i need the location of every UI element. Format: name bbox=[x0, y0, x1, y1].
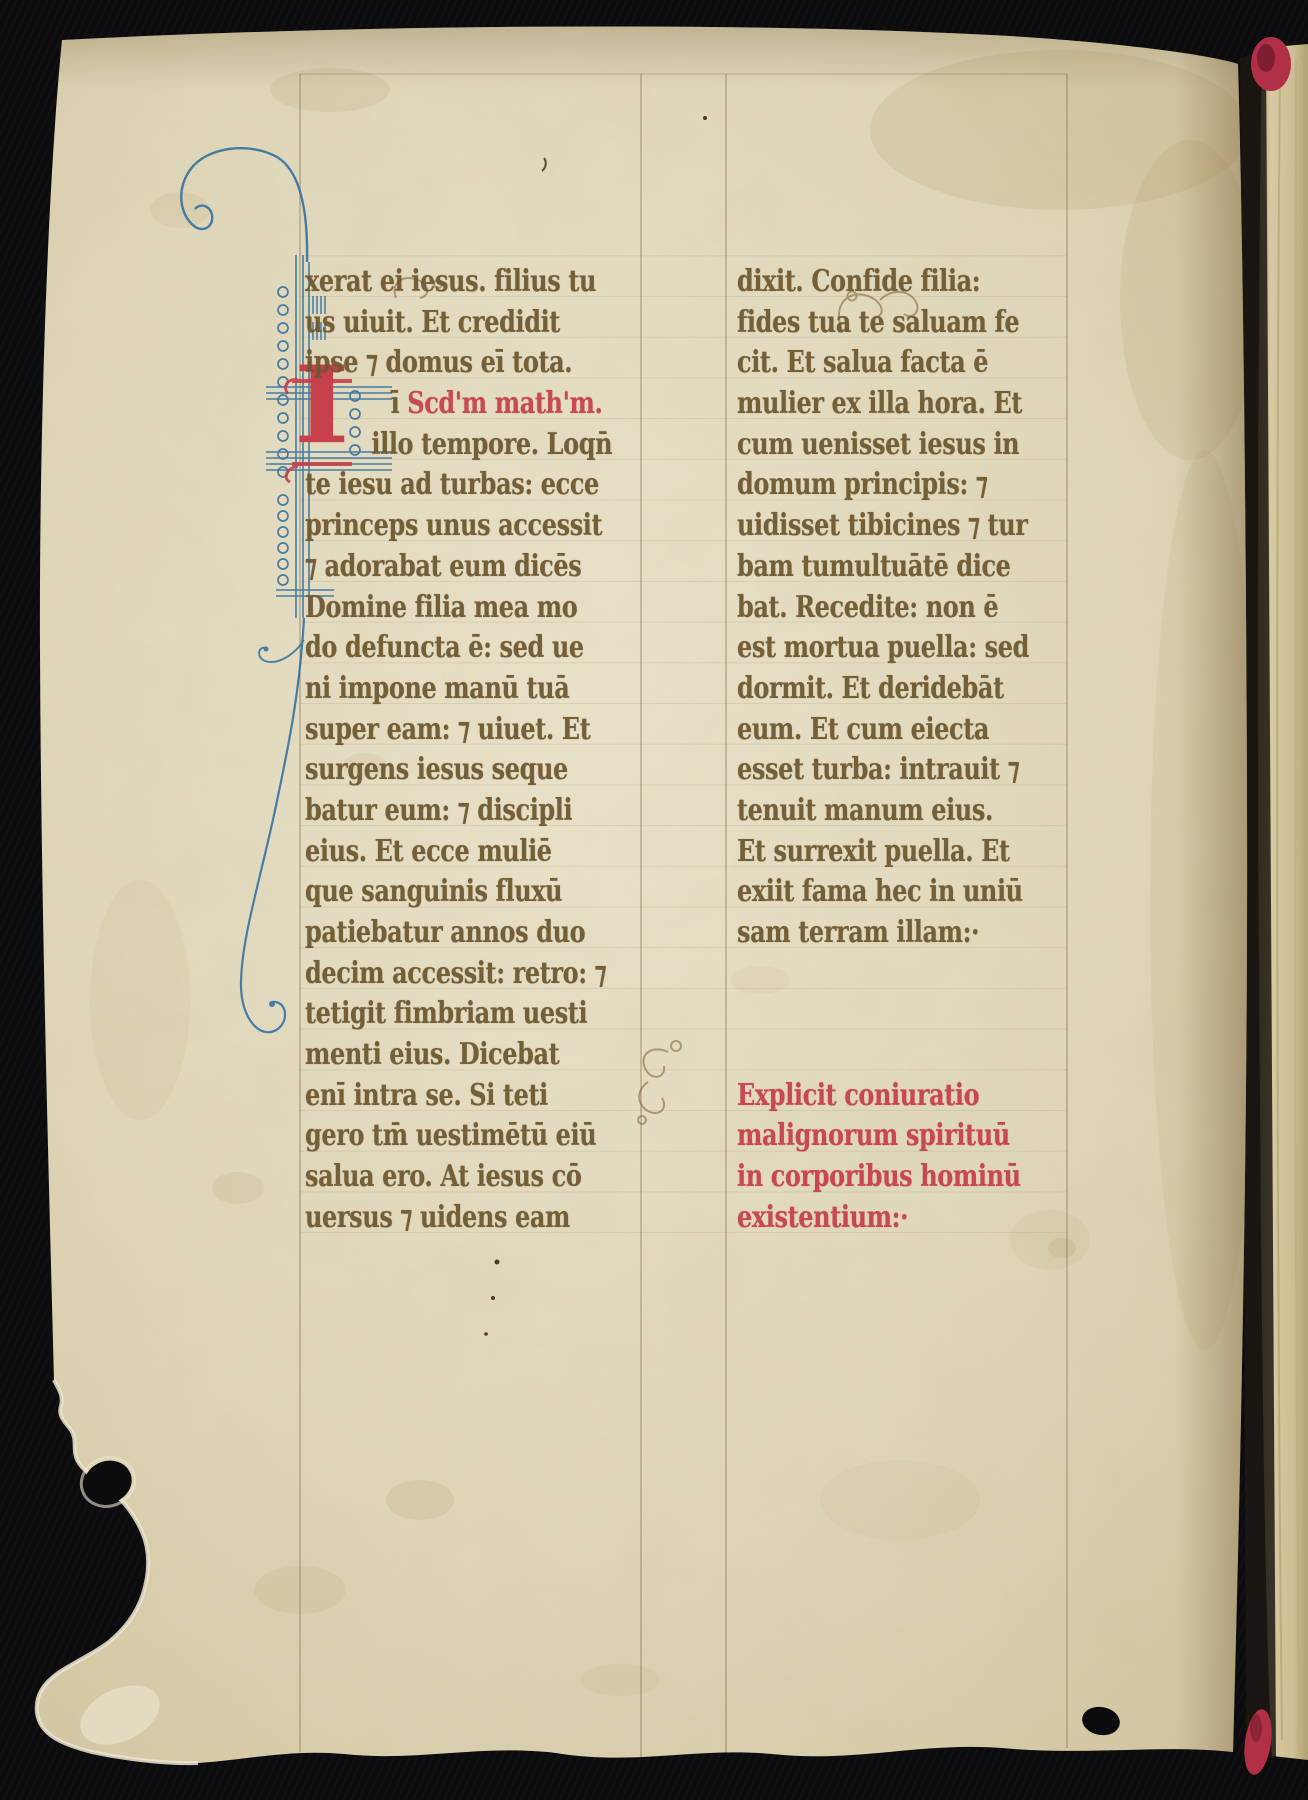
manuscript-line: us uiuit. Et credidit bbox=[305, 303, 612, 344]
body-text: ⁊ adorabat eum dicēs bbox=[305, 549, 581, 584]
manuscript-line: uersus ⁊ uidens eam bbox=[305, 1198, 612, 1239]
manuscript-line: menti eius. Dicebat bbox=[305, 1035, 612, 1076]
manuscript-line: xerat ei iesus. filius tu bbox=[305, 262, 612, 303]
manuscript-line: bam tumultuātē dice bbox=[737, 547, 1029, 588]
parchment-leaf bbox=[0, 0, 1308, 1800]
manuscript-line: dixit. Confide filia: bbox=[737, 262, 1029, 303]
body-text: super eam: ⁊ uiuet. Et bbox=[305, 712, 590, 747]
next-leaf-edge bbox=[1240, 44, 1308, 1760]
body-text: dixit. Confide filia: bbox=[737, 264, 980, 299]
manuscript-line: domum principis: ⁊ bbox=[737, 465, 1029, 506]
manuscript-line: malignorum spirituū bbox=[737, 1116, 1029, 1157]
rubric-text: Scd'm math'm. bbox=[407, 386, 602, 421]
body-text: eius. Et ecce muliē bbox=[305, 834, 552, 869]
rubric-text: in corporibus hominū bbox=[737, 1159, 1021, 1194]
body-text: cit. Et salua facta ē bbox=[737, 345, 988, 380]
manuscript-line: Et surrexit puella. Et bbox=[737, 832, 1029, 873]
manuscript-line: super eam: ⁊ uiuet. Et bbox=[305, 710, 612, 751]
body-text: do defuncta ē: sed ue bbox=[305, 630, 584, 665]
body-text: patiebatur annos duo bbox=[305, 915, 585, 950]
body-text: eum. Et cum eiecta bbox=[737, 712, 989, 747]
manuscript-line: ni impone manū tuā bbox=[305, 669, 612, 710]
body-text: salua ero. At iesus cō bbox=[305, 1159, 581, 1194]
manuscript-line: gero tm̄ uestimētū eiū bbox=[305, 1116, 612, 1157]
body-text: que sanguinis fluxū bbox=[305, 874, 562, 909]
manuscript-line: te iesu ad turbas: ecce bbox=[305, 465, 612, 506]
manuscript-line: uidisset tibicines ⁊ tur bbox=[737, 506, 1029, 547]
manuscript-line: Domine filia mea mo bbox=[305, 588, 612, 629]
text-column-right: dixit. Confide filia:fides tua te saluam… bbox=[737, 262, 1029, 1239]
manuscript-line: princeps unus accessit bbox=[305, 506, 612, 547]
manuscript-line: tetigit fimbriam uesti bbox=[305, 994, 612, 1035]
body-text: princeps unus accessit bbox=[305, 508, 602, 543]
manuscript-line: sam terram illam:· bbox=[737, 913, 1029, 954]
body-text: menti eius. Dicebat bbox=[305, 1037, 559, 1072]
manuscript-line bbox=[737, 1035, 1029, 1076]
manuscript-line: tenuit manum eius. bbox=[737, 791, 1029, 832]
manuscript-artwork bbox=[0, 0, 1308, 1800]
rubric-prefix: ī bbox=[391, 386, 408, 421]
body-text: enī intra se. Si teti bbox=[305, 1078, 548, 1113]
rubric-text: Explicit coniuratio bbox=[737, 1078, 979, 1113]
body-text: us uiuit. Et credidit bbox=[305, 305, 560, 340]
body-text: Domine filia mea mo bbox=[305, 590, 577, 625]
manuscript-line: eius. Et ecce muliē bbox=[305, 832, 612, 873]
body-text: Et surrexit puella. Et bbox=[737, 834, 1010, 869]
body-text: dormit. Et deridebāt bbox=[737, 671, 1004, 706]
manuscript-line: in corporibus hominū bbox=[737, 1157, 1029, 1198]
body-text: bat. Recedite: non ē bbox=[737, 590, 998, 625]
manuscript-line: mulier ex illa hora. Et bbox=[737, 384, 1029, 425]
manuscript-line: existentium:· bbox=[737, 1198, 1029, 1239]
body-text: uidisset tibicines ⁊ tur bbox=[737, 508, 1027, 543]
rubric-text: malignorum spirituū bbox=[737, 1118, 1010, 1153]
manuscript-line: surgens iesus seque bbox=[305, 750, 612, 791]
manuscript-line: decim accessit: retro: ⁊ bbox=[305, 954, 612, 995]
manuscript-line: salua ero. At iesus cō bbox=[305, 1157, 612, 1198]
body-text: exiit fama hec in uniū bbox=[737, 874, 1023, 909]
manuscript-line bbox=[737, 994, 1029, 1035]
manuscript-line: batur eum: ⁊ discipli bbox=[305, 791, 612, 832]
manuscript-line: Explicit coniuratio bbox=[737, 1076, 1029, 1117]
body-text: te iesu ad turbas: ecce bbox=[305, 467, 599, 502]
manuscript-line: patiebatur annos duo bbox=[305, 913, 612, 954]
body-text: surgens iesus seque bbox=[305, 752, 568, 787]
photo-stage: I xerat ei iesus. filius tuus uiuit. Et … bbox=[0, 0, 1308, 1800]
body-text: uersus ⁊ uidens eam bbox=[305, 1200, 570, 1235]
manuscript-line: dormit. Et deridebāt bbox=[737, 669, 1029, 710]
body-text: batur eum: ⁊ discipli bbox=[305, 793, 572, 828]
manuscript-line: que sanguinis fluxū bbox=[305, 872, 612, 913]
body-text: tenuit manum eius. bbox=[737, 793, 993, 828]
manuscript-line: enī intra se. Si teti bbox=[305, 1076, 612, 1117]
body-text: cum uenisset iesus in bbox=[737, 427, 1019, 462]
body-text: gero tm̄ uestimētū eiū bbox=[305, 1118, 596, 1153]
manuscript-line: cum uenisset iesus in bbox=[737, 425, 1029, 466]
body-text: ni impone manū tuā bbox=[305, 671, 569, 706]
body-text: mulier ex illa hora. Et bbox=[737, 386, 1022, 421]
body-text: illo tempore. Loqn̄ bbox=[371, 427, 612, 462]
text-column-left: xerat ei iesus. filius tuus uiuit. Et cr… bbox=[305, 262, 612, 1239]
body-text: esset turba: intrauit ⁊ bbox=[737, 752, 1019, 787]
manuscript-line: illo tempore. Loqn̄ bbox=[371, 425, 612, 466]
manuscript-line: esset turba: intrauit ⁊ bbox=[737, 750, 1029, 791]
body-text: domum principis: ⁊ bbox=[737, 467, 987, 502]
body-text: tetigit fimbriam uesti bbox=[305, 996, 587, 1031]
manuscript-line: ī Scd'm math'm. bbox=[391, 384, 613, 425]
manuscript-line: ipse ⁊ domus eī tota. bbox=[305, 343, 612, 384]
manuscript-line: do defuncta ē: sed ue bbox=[305, 628, 612, 669]
manuscript-line: ⁊ adorabat eum dicēs bbox=[305, 547, 612, 588]
body-text: decim accessit: retro: ⁊ bbox=[305, 956, 606, 991]
manuscript-line: exiit fama hec in uniū bbox=[737, 872, 1029, 913]
body-text: xerat ei iesus. filius tu bbox=[305, 264, 596, 299]
rubric-text: existentium:· bbox=[737, 1200, 908, 1235]
manuscript-line: est mortua puella: sed bbox=[737, 628, 1029, 669]
body-text: sam terram illam:· bbox=[737, 915, 979, 950]
manuscript-line bbox=[737, 954, 1029, 995]
body-text: bam tumultuātē dice bbox=[737, 549, 1011, 584]
manuscript-line: cit. Et salua facta ē bbox=[737, 343, 1029, 384]
manuscript-line: eum. Et cum eiecta bbox=[737, 710, 1029, 751]
manuscript-line: bat. Recedite: non ē bbox=[737, 588, 1029, 629]
manuscript-line: fides tua te saluam fe bbox=[737, 303, 1029, 344]
body-text: est mortua puella: sed bbox=[737, 630, 1029, 665]
body-text: ipse ⁊ domus eī tota. bbox=[305, 345, 572, 380]
body-text: fides tua te saluam fe bbox=[737, 305, 1019, 340]
